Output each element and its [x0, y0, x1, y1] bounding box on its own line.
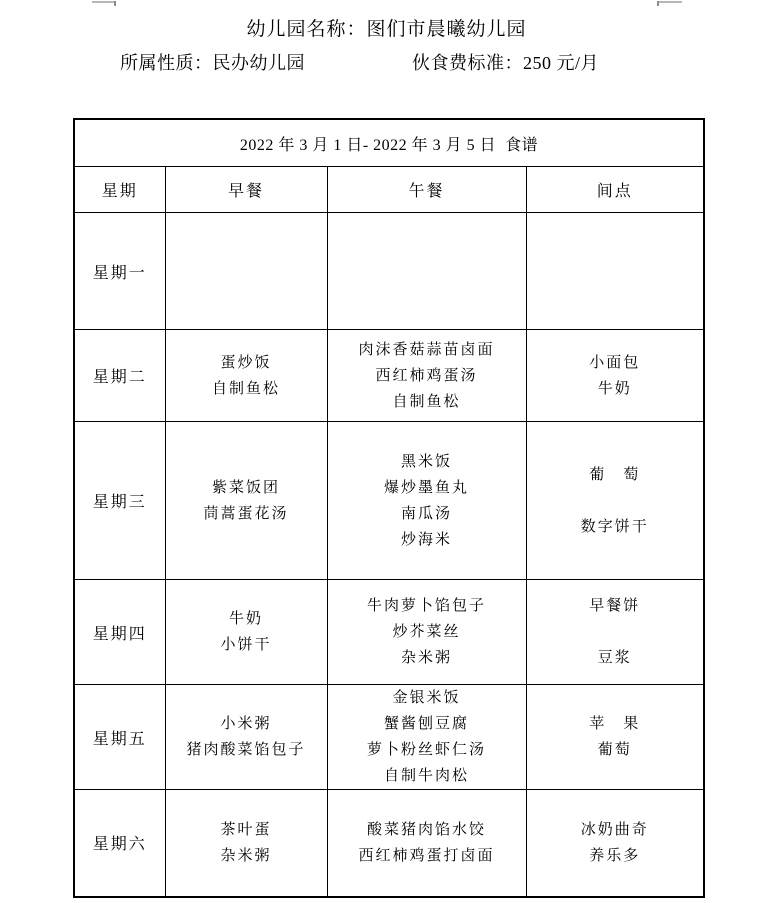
menu-item-line: 豆浆: [527, 645, 704, 671]
snack-cell: 葡 萄 数字饼干: [526, 422, 704, 580]
menu-item-line: 葡萄: [527, 737, 704, 763]
breakfast-cell: 紫菜饭团茼蒿蛋花汤: [165, 422, 327, 580]
menu-day-row: 星期一: [74, 213, 704, 330]
menu-item-line: 蛋炒饭: [166, 350, 327, 376]
menu-item-line: 自制鱼松: [166, 376, 327, 402]
menu-item-line: 牛奶: [527, 376, 704, 402]
menu-item-line: 冰奶曲奇: [527, 817, 704, 843]
menu-item-line: 蟹酱刨豆腐: [328, 711, 526, 737]
menu-day-row: 星期五小米粥猪肉酸菜馅包子金银米饭蟹酱刨豆腐萝卜粉丝虾仁汤自制牛肉松苹 果葡萄: [74, 685, 704, 790]
col-header-weekday: 星期: [74, 167, 165, 213]
menu-day-row: 星期三紫菜饭团茼蒿蛋花汤黑米饭爆炒墨鱼丸南瓜汤炒海米葡 萄 数字饼干: [74, 422, 704, 580]
menu-day-row: 星期二蛋炒饭自制鱼松肉沫香菇蒜苗卤面西红柿鸡蛋汤自制鱼松小面包牛奶: [74, 330, 704, 422]
page-corner-mark-right: [658, 1, 682, 3]
lunch-cell: 黑米饭爆炒墨鱼丸南瓜汤炒海米: [327, 422, 526, 580]
breakfast-cell: 茶叶蛋杂米粥: [165, 790, 327, 897]
menu-item-line: 杂米粥: [166, 843, 327, 869]
table-caption-row: 2022 年 3 月 1 日- 2022 年 3 月 5 日 食谱: [74, 119, 704, 167]
lunch-cell: [327, 213, 526, 330]
snack-cell: 苹 果葡萄: [526, 685, 704, 790]
menu-item-line: 牛肉萝卜馅包子: [328, 593, 526, 619]
menu-item-line: 苹 果: [527, 711, 704, 737]
lunch-cell: 金银米饭蟹酱刨豆腐萝卜粉丝虾仁汤自制牛肉松: [327, 685, 526, 790]
menu-item-line: [527, 619, 704, 645]
menu-item-line: 炒芥菜丝: [328, 619, 526, 645]
breakfast-cell: 蛋炒饭自制鱼松: [165, 330, 327, 422]
day-label: 星期四: [74, 580, 165, 685]
day-label: 星期一: [74, 213, 165, 330]
menu-item-line: 西红柿鸡蛋打卤面: [328, 843, 526, 869]
snack-cell: 冰奶曲奇养乐多: [526, 790, 704, 897]
lunch-cell: 酸菜猪肉馅水饺西红柿鸡蛋打卤面: [327, 790, 526, 897]
day-label: 星期六: [74, 790, 165, 897]
lunch-cell: 肉沫香菇蒜苗卤面西红柿鸡蛋汤自制鱼松: [327, 330, 526, 422]
kindergarten-name-title: 幼儿园名称：图们市晨曦幼儿园: [0, 14, 773, 41]
menu-item-line: 杂米粥: [328, 645, 526, 671]
menu-item-line: 酸菜猪肉馅水饺: [328, 817, 526, 843]
menu-item-line: 西红柿鸡蛋汤: [328, 363, 526, 389]
col-header-lunch: 午餐: [327, 167, 526, 213]
corner-tick: [114, 1, 116, 6]
col-header-breakfast: 早餐: [165, 167, 327, 213]
menu-item-line: 小米粥: [166, 711, 327, 737]
menu-item-line: 爆炒墨鱼丸: [328, 475, 526, 501]
menu-item-line: 牛奶: [166, 606, 327, 632]
day-label: 星期二: [74, 330, 165, 422]
breakfast-cell: [165, 213, 327, 330]
menu-day-row: 星期四牛奶小饼干牛肉萝卜馅包子炒芥菜丝杂米粥早餐饼 豆浆: [74, 580, 704, 685]
lunch-cell: 牛肉萝卜馅包子炒芥菜丝杂米粥: [327, 580, 526, 685]
menu-item-line: [527, 488, 704, 514]
menu-item-line: 肉沫香菇蒜苗卤面: [328, 337, 526, 363]
menu-item-line: 猪肉酸菜馅包子: [166, 737, 327, 763]
meal-fee-text: 伙食费标准：250 元/月: [412, 49, 599, 75]
menu-item-line: 小饼干: [166, 632, 327, 658]
menu-item-line: 炒海米: [328, 527, 526, 553]
menu-item-line: 自制牛肉松: [328, 763, 526, 789]
menu-item-line: 黑米饭: [328, 449, 526, 475]
snack-cell: [526, 213, 704, 330]
menu-item-line: 养乐多: [527, 843, 704, 869]
menu-item-line: 南瓜汤: [328, 501, 526, 527]
corner-tick: [657, 1, 659, 6]
menu-item-line: 萝卜粉丝虾仁汤: [328, 737, 526, 763]
menu-item-line: 茶叶蛋: [166, 817, 327, 843]
table-caption: 2022 年 3 月 1 日- 2022 年 3 月 5 日 食谱: [74, 119, 704, 167]
menu-day-row: 星期六茶叶蛋杂米粥酸菜猪肉馅水饺西红柿鸡蛋打卤面冰奶曲奇养乐多: [74, 790, 704, 897]
weekly-menu-table: 2022 年 3 月 1 日- 2022 年 3 月 5 日 食谱 星期 早餐 …: [73, 118, 705, 898]
menu-item-line: 小面包: [527, 350, 704, 376]
breakfast-cell: 小米粥猪肉酸菜馅包子: [165, 685, 327, 790]
page-corner-mark-left: [92, 1, 115, 3]
snack-cell: 小面包牛奶: [526, 330, 704, 422]
table-header-row: 星期 早餐 午餐 间点: [74, 167, 704, 213]
menu-item-line: 茼蒿蛋花汤: [166, 501, 327, 527]
menu-item-line: 葡 萄: [527, 462, 704, 488]
menu-item-line: 早餐饼: [527, 593, 704, 619]
document-page: 幼儿园名称：图们市晨曦幼儿园 所属性质：民办幼儿园 伙食费标准：250 元/月 …: [0, 0, 773, 903]
menu-item-line: 紫菜饭团: [166, 475, 327, 501]
menu-item-line: 自制鱼松: [328, 389, 526, 415]
day-label: 星期五: [74, 685, 165, 790]
col-header-snack: 间点: [526, 167, 704, 213]
day-label: 星期三: [74, 422, 165, 580]
snack-cell: 早餐饼 豆浆: [526, 580, 704, 685]
breakfast-cell: 牛奶小饼干: [165, 580, 327, 685]
ownership-text: 所属性质：民办幼儿园: [120, 49, 305, 75]
menu-item-line: 金银米饭: [328, 685, 526, 711]
menu-item-line: 数字饼干: [527, 514, 704, 540]
